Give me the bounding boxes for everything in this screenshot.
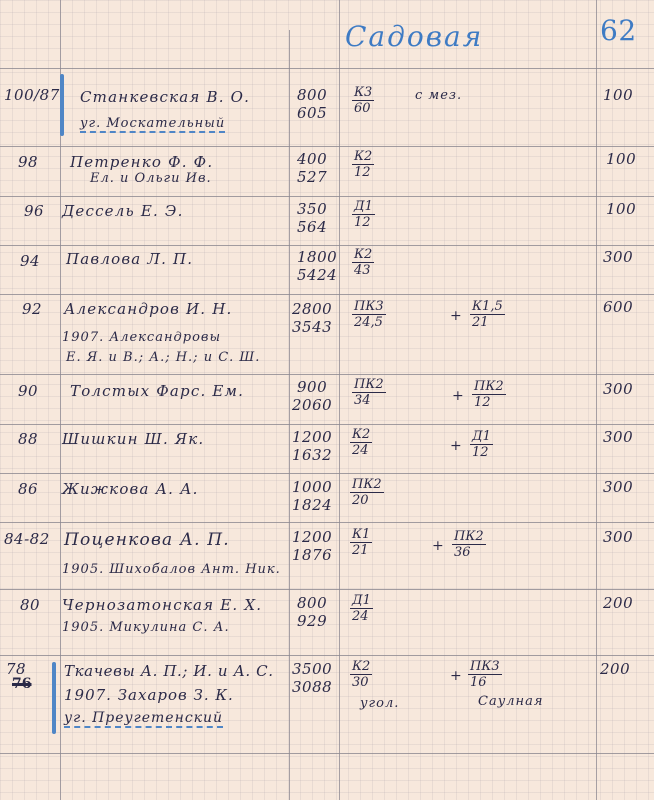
building-fraction: К224	[350, 428, 372, 458]
owner-name: Петренко Ф. Ф.	[70, 153, 213, 171]
owner-name: Шишкин Ш. Як.	[62, 430, 204, 448]
area-top: 1200	[292, 428, 332, 446]
extra-building-fraction: ПК316	[468, 660, 502, 690]
house-number: 100/87	[4, 86, 60, 104]
house-number: 98	[18, 153, 38, 171]
building-fraction: К230	[350, 660, 372, 690]
area-bottom: 929	[297, 612, 327, 630]
plus-sign: +	[450, 308, 462, 324]
value: 300	[603, 248, 633, 266]
area-top: 350	[297, 200, 327, 218]
area-top: 800	[297, 86, 327, 104]
building-fraction: Д124	[350, 594, 373, 624]
plus-sign: +	[450, 438, 462, 454]
area-bottom: 1876	[292, 546, 332, 564]
value: 200	[603, 594, 633, 612]
column-divider-value	[596, 0, 597, 800]
area-top: 400	[297, 150, 327, 168]
corner-bracket	[52, 662, 56, 734]
row-divider	[0, 245, 654, 246]
building-fraction: К360	[352, 86, 374, 116]
house-number: 86	[18, 480, 38, 498]
owner-name: Павлова Л. П.	[66, 250, 193, 268]
area-bottom: 3543	[292, 318, 332, 336]
building-fraction: К212	[352, 150, 374, 180]
house-number: 90	[18, 382, 38, 400]
owner-name: Александров И. Н.	[64, 300, 232, 318]
area-bottom: 605	[297, 104, 327, 122]
extra-building-fraction: ПК212	[472, 380, 506, 410]
row-divider	[0, 655, 654, 656]
owner-name: Поценкова А. П.	[64, 530, 230, 550]
area-bottom: 1824	[292, 496, 332, 514]
owner-note: Ел. и Ольги Ив.	[90, 171, 212, 186]
plus-sign: +	[450, 668, 462, 684]
row-divider	[0, 196, 654, 197]
owner-note-2: Е. Я. и В.; А.; Н.; и С. Ш.	[66, 350, 260, 365]
area-top: 800	[297, 594, 327, 612]
building-fraction: К243	[352, 248, 374, 278]
house-number: 92	[22, 300, 42, 318]
owner-name: Жижкова А. А.	[62, 480, 199, 498]
area-bottom: 3088	[292, 678, 332, 696]
area-bottom: 527	[297, 168, 327, 186]
value: 300	[603, 528, 633, 546]
struck-number: 76	[12, 676, 31, 692]
column-divider-house	[339, 0, 340, 800]
area-top: 1000	[292, 478, 332, 496]
extra-note: с мез.	[415, 88, 462, 103]
area-top: 1200	[292, 528, 332, 546]
row-divider	[0, 146, 654, 147]
owner-name: Станкевская В. О.	[80, 88, 250, 106]
plus-sign: +	[432, 538, 444, 554]
house-number: 94	[20, 252, 40, 270]
building-fraction: ПК324,5	[352, 300, 386, 330]
owner-note: 1905. Микулина С. А.	[62, 620, 230, 635]
corner-note: уг. Москательный	[80, 116, 225, 131]
owner-note: 1905. Шихобалов Ант. Ник.	[62, 562, 281, 577]
value: 300	[603, 428, 633, 446]
area-bottom: 2060	[292, 396, 332, 414]
building-fraction: ПК234	[352, 378, 386, 408]
row-divider	[0, 753, 654, 754]
page-number: 62	[600, 14, 637, 47]
value: 200	[600, 660, 630, 678]
area-bottom: 1632	[292, 446, 332, 464]
owner-name: Дессель Е. Э.	[62, 202, 184, 220]
row-divider	[0, 522, 654, 523]
building-fraction: К121	[350, 528, 372, 558]
building-fraction: Д112	[352, 200, 375, 230]
owner-note: 1907. Александровы	[62, 330, 221, 345]
value: 100	[606, 150, 636, 168]
house-number: 88	[18, 430, 38, 448]
street-heading: Садовая	[345, 20, 483, 53]
area-top: 2800	[292, 300, 332, 318]
value: 600	[603, 298, 633, 316]
area-top: 3500	[292, 660, 332, 678]
area-top: 900	[297, 378, 327, 396]
area-top: 1800	[297, 248, 337, 266]
row-divider	[0, 424, 654, 425]
row-divider	[0, 589, 654, 590]
building-fraction: ПК220	[350, 478, 384, 508]
value: 100	[603, 86, 633, 104]
extra-building-fraction: Д112	[470, 430, 493, 460]
row-divider	[0, 374, 654, 375]
area-bottom: 5424	[297, 266, 337, 284]
owner-note: 1907. Захаров З. К.	[64, 686, 234, 704]
house-number: 96	[24, 202, 44, 220]
corner-note: уг. Преугетенский	[64, 710, 223, 726]
house-number: 80	[20, 596, 40, 614]
row-divider	[0, 68, 654, 69]
row-divider	[0, 294, 654, 295]
value: 300	[603, 380, 633, 398]
building-note: угол.	[360, 696, 399, 711]
owner-name: Чернозатонская Е. Х.	[62, 596, 262, 614]
area-bottom: 564	[297, 218, 327, 236]
row-divider	[0, 473, 654, 474]
house-number: 84-82	[4, 530, 50, 548]
extra-building-fraction: К1,521	[470, 300, 505, 330]
owner-name: Ткачевы А. П.; И. и А. С.	[64, 662, 274, 680]
owner-name: Толстых Фарс. Ем.	[70, 382, 244, 400]
extra-building-note: Саулная	[478, 694, 543, 709]
value: 300	[603, 478, 633, 496]
value: 100	[606, 200, 636, 218]
extra-building-fraction: ПК236	[452, 530, 486, 560]
plus-sign: +	[452, 388, 464, 404]
corner-bracket	[60, 74, 64, 136]
